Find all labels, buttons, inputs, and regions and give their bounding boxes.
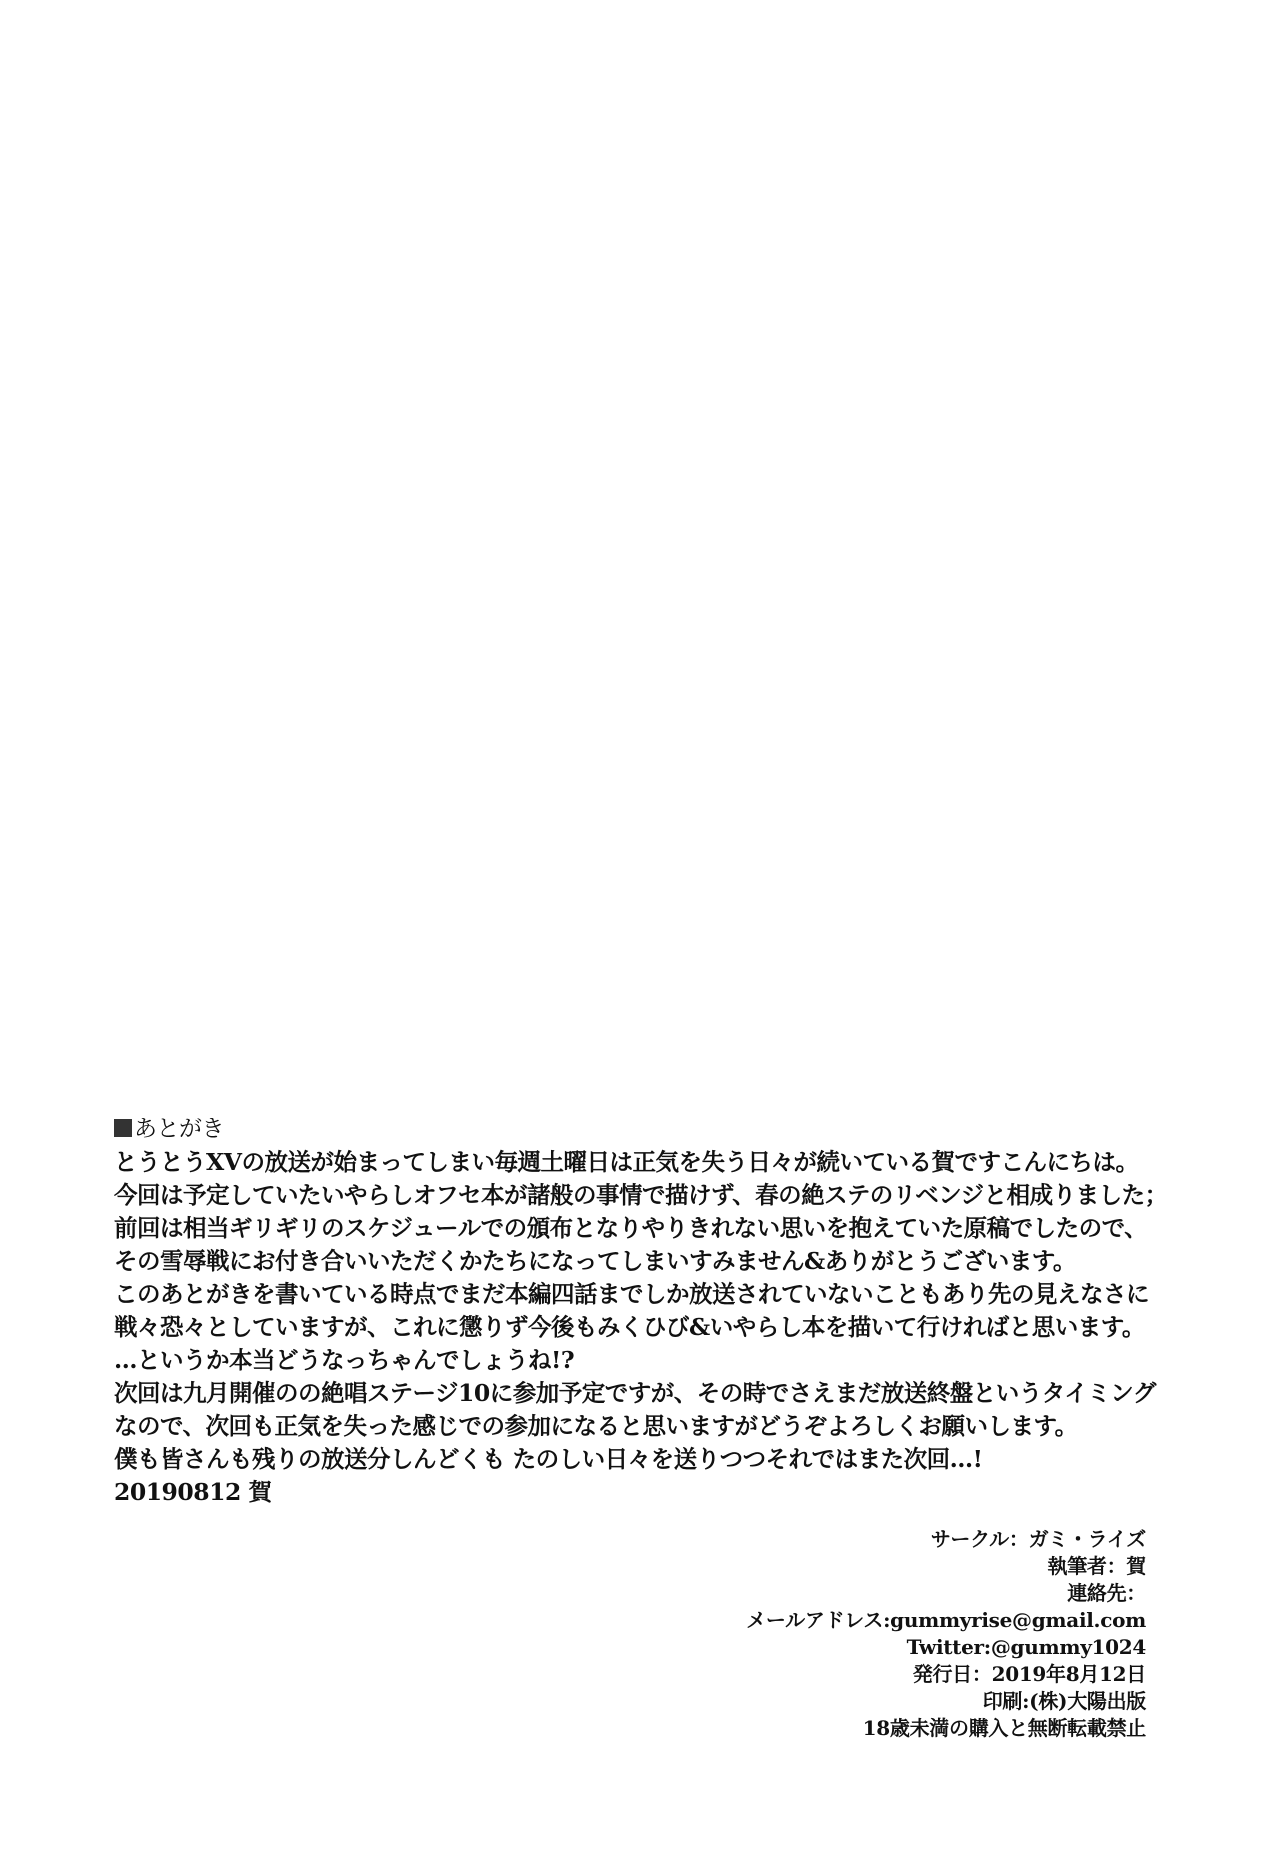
afterword-heading-text: あとがき xyxy=(134,1116,224,1142)
afterword-line: 今回は予定していたいやらしオフセ本が諸般の事情で描けず、春の絶ステのリベンジと相… xyxy=(114,1179,1214,1212)
black-square-icon xyxy=(114,1119,132,1137)
afterword-line: その雪辱戦にお付き合いいただくかたちになってしまいすみません&ありがとうございま… xyxy=(114,1245,1214,1278)
colophon-contact-label: 連絡先： xyxy=(746,1580,1146,1607)
colophon-twitter: Twitter:@gummy1024 xyxy=(746,1634,1146,1661)
afterword-line: …というか本当どうなっちゃんでしょうね!? xyxy=(114,1344,1214,1377)
afterword-signature-date: 20190812 賀 xyxy=(114,1476,1214,1509)
colophon-author: 執筆者：賀 xyxy=(746,1553,1146,1580)
afterword-line: 前回は相当ギリギリのスケジュールでの頒布となりやりきれない思いを抱えていた原稿で… xyxy=(114,1212,1214,1245)
colophon-age-notice: 18歳未満の購入と無断転載禁止 xyxy=(746,1715,1146,1742)
afterword-section: あとがき とうとうXVの放送が始まってしまい毎週土曜日は正気を失う日々が続いてい… xyxy=(114,1113,1214,1509)
colophon-circle: サークル：ガミ・ライズ xyxy=(746,1526,1146,1553)
colophon-printer: 印刷:(株)大陽出版 xyxy=(746,1688,1146,1715)
afterword-line: 次回は九月開催のの絶唱ステージ10に参加予定ですが、その時でさえまだ放送終盤とい… xyxy=(114,1377,1214,1410)
afterword-line: 僕も皆さんも残りの放送分しんどくも たのしい日々を送りつつそれではまた次回…! xyxy=(114,1443,1214,1476)
colophon: サークル：ガミ・ライズ 執筆者：賀 連絡先： メールアドレス:gummyrise… xyxy=(746,1526,1146,1742)
afterword-line: なので、次回も正気を失った感じでの参加になると思いますがどうぞよろしくお願いしま… xyxy=(114,1410,1214,1443)
colophon-publish-date: 発行日：2019年8月12日 xyxy=(746,1661,1146,1688)
afterword-line: 戦々恐々としていますが、これに懲りず今後もみくひび&いやらし本を描いて行ければと… xyxy=(114,1311,1214,1344)
afterword-line: とうとうXVの放送が始まってしまい毎週土曜日は正気を失う日々が続いている賀ですこ… xyxy=(114,1146,1214,1179)
afterword-heading: あとがき xyxy=(114,1113,1214,1146)
afterword-line: このあとがきを書いている時点でまだ本編四話までしか放送されていないこともあり先の… xyxy=(114,1278,1214,1311)
book-afterword-page: あとがき とうとうXVの放送が始まってしまい毎週土曜日は正気を失う日々が続いてい… xyxy=(0,0,1280,1863)
colophon-email: メールアドレス:gummyrise@gmail.com xyxy=(746,1607,1146,1634)
